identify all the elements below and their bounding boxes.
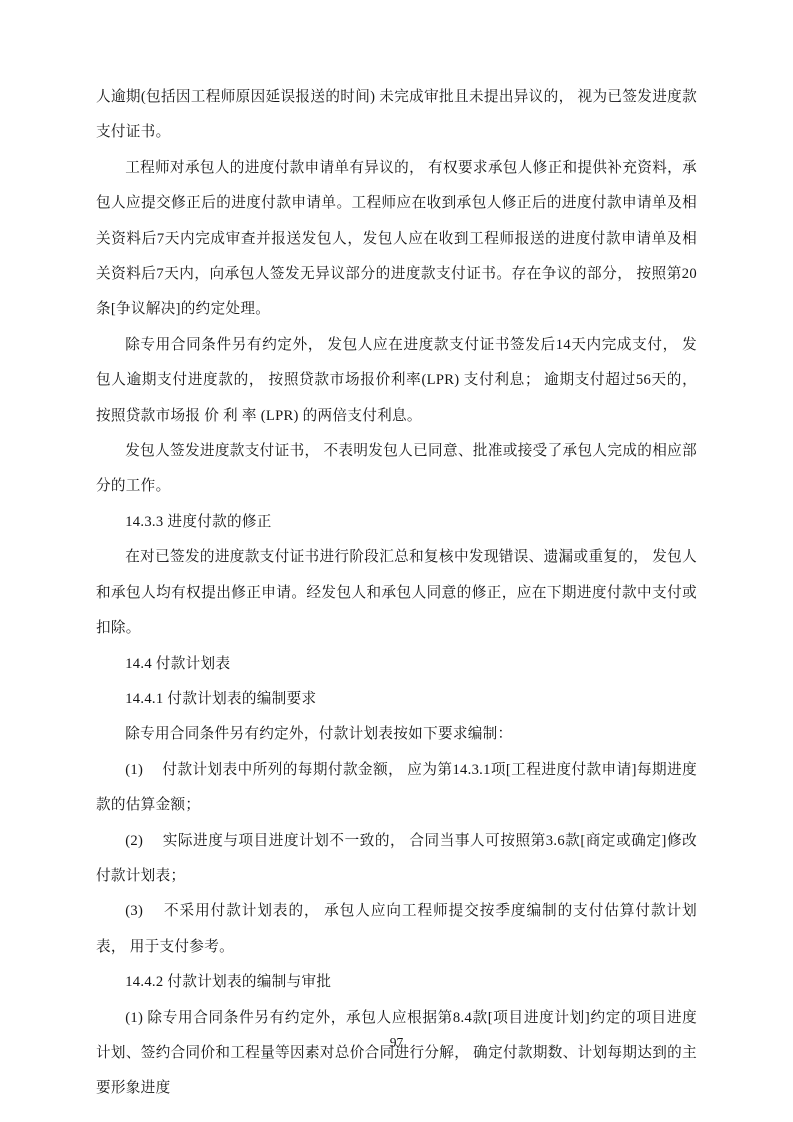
paragraph: (3) 不采用付款计划表的， 承包人应向工程师提交按季度编制的支付估算付款计划表… <box>96 894 697 965</box>
paragraph: (1) 付款计划表中所列的每期付款金额， 应为第14.3.1项[工程进度付款申请… <box>96 753 697 824</box>
document-content: 人逾期(包括因工程师原因延误报送的时间) 未完成审批且未提出异议的， 视为已签发… <box>96 80 697 1107</box>
document-page: 人逾期(包括因工程师原因延误报送的时间) 未完成审批且未提出异议的， 视为已签发… <box>0 0 793 1122</box>
paragraph: (2) 实际进度与项目进度计划不一致的， 合同当事人可按照第3.6款[商定或确定… <box>96 824 697 895</box>
paragraph: 在对已签发的进度款支付证书进行阶段汇总和复核中发现错误、遗漏或重复的， 发包人和… <box>96 540 697 646</box>
section-heading: 14.4.1 付款计划表的编制要求 <box>96 682 697 717</box>
paragraph: 工程师对承包人的进度付款申请单有异议的， 有权要求承包人修正和提供补充资料，承包… <box>96 151 697 328</box>
section-heading: 14.4.2 付款计划表的编制与审批 <box>96 965 697 1000</box>
paragraph: (1) 除专用合同条件另有约定外，承包人应根据第8.4款[项目进度计划]约定的项… <box>96 1001 697 1107</box>
page-number: 97 <box>0 1033 793 1053</box>
paragraph: 人逾期(包括因工程师原因延误报送的时间) 未完成审批且未提出异议的， 视为已签发… <box>96 80 697 151</box>
section-heading: 14.3.3 进度付款的修正 <box>96 505 697 540</box>
section-heading: 14.4 付款计划表 <box>96 647 697 682</box>
paragraph: 发包人签发进度款支付证书， 不表明发包人已同意、批准或接受了承包人完成的相应部分… <box>96 434 697 505</box>
paragraph: 除专用合同条件另有约定外， 发包人应在进度款支付证书签发后14天内完成支付， 发… <box>96 328 697 434</box>
paragraph: 除专用合同条件另有约定外，付款计划表按如下要求编制： <box>96 717 697 752</box>
